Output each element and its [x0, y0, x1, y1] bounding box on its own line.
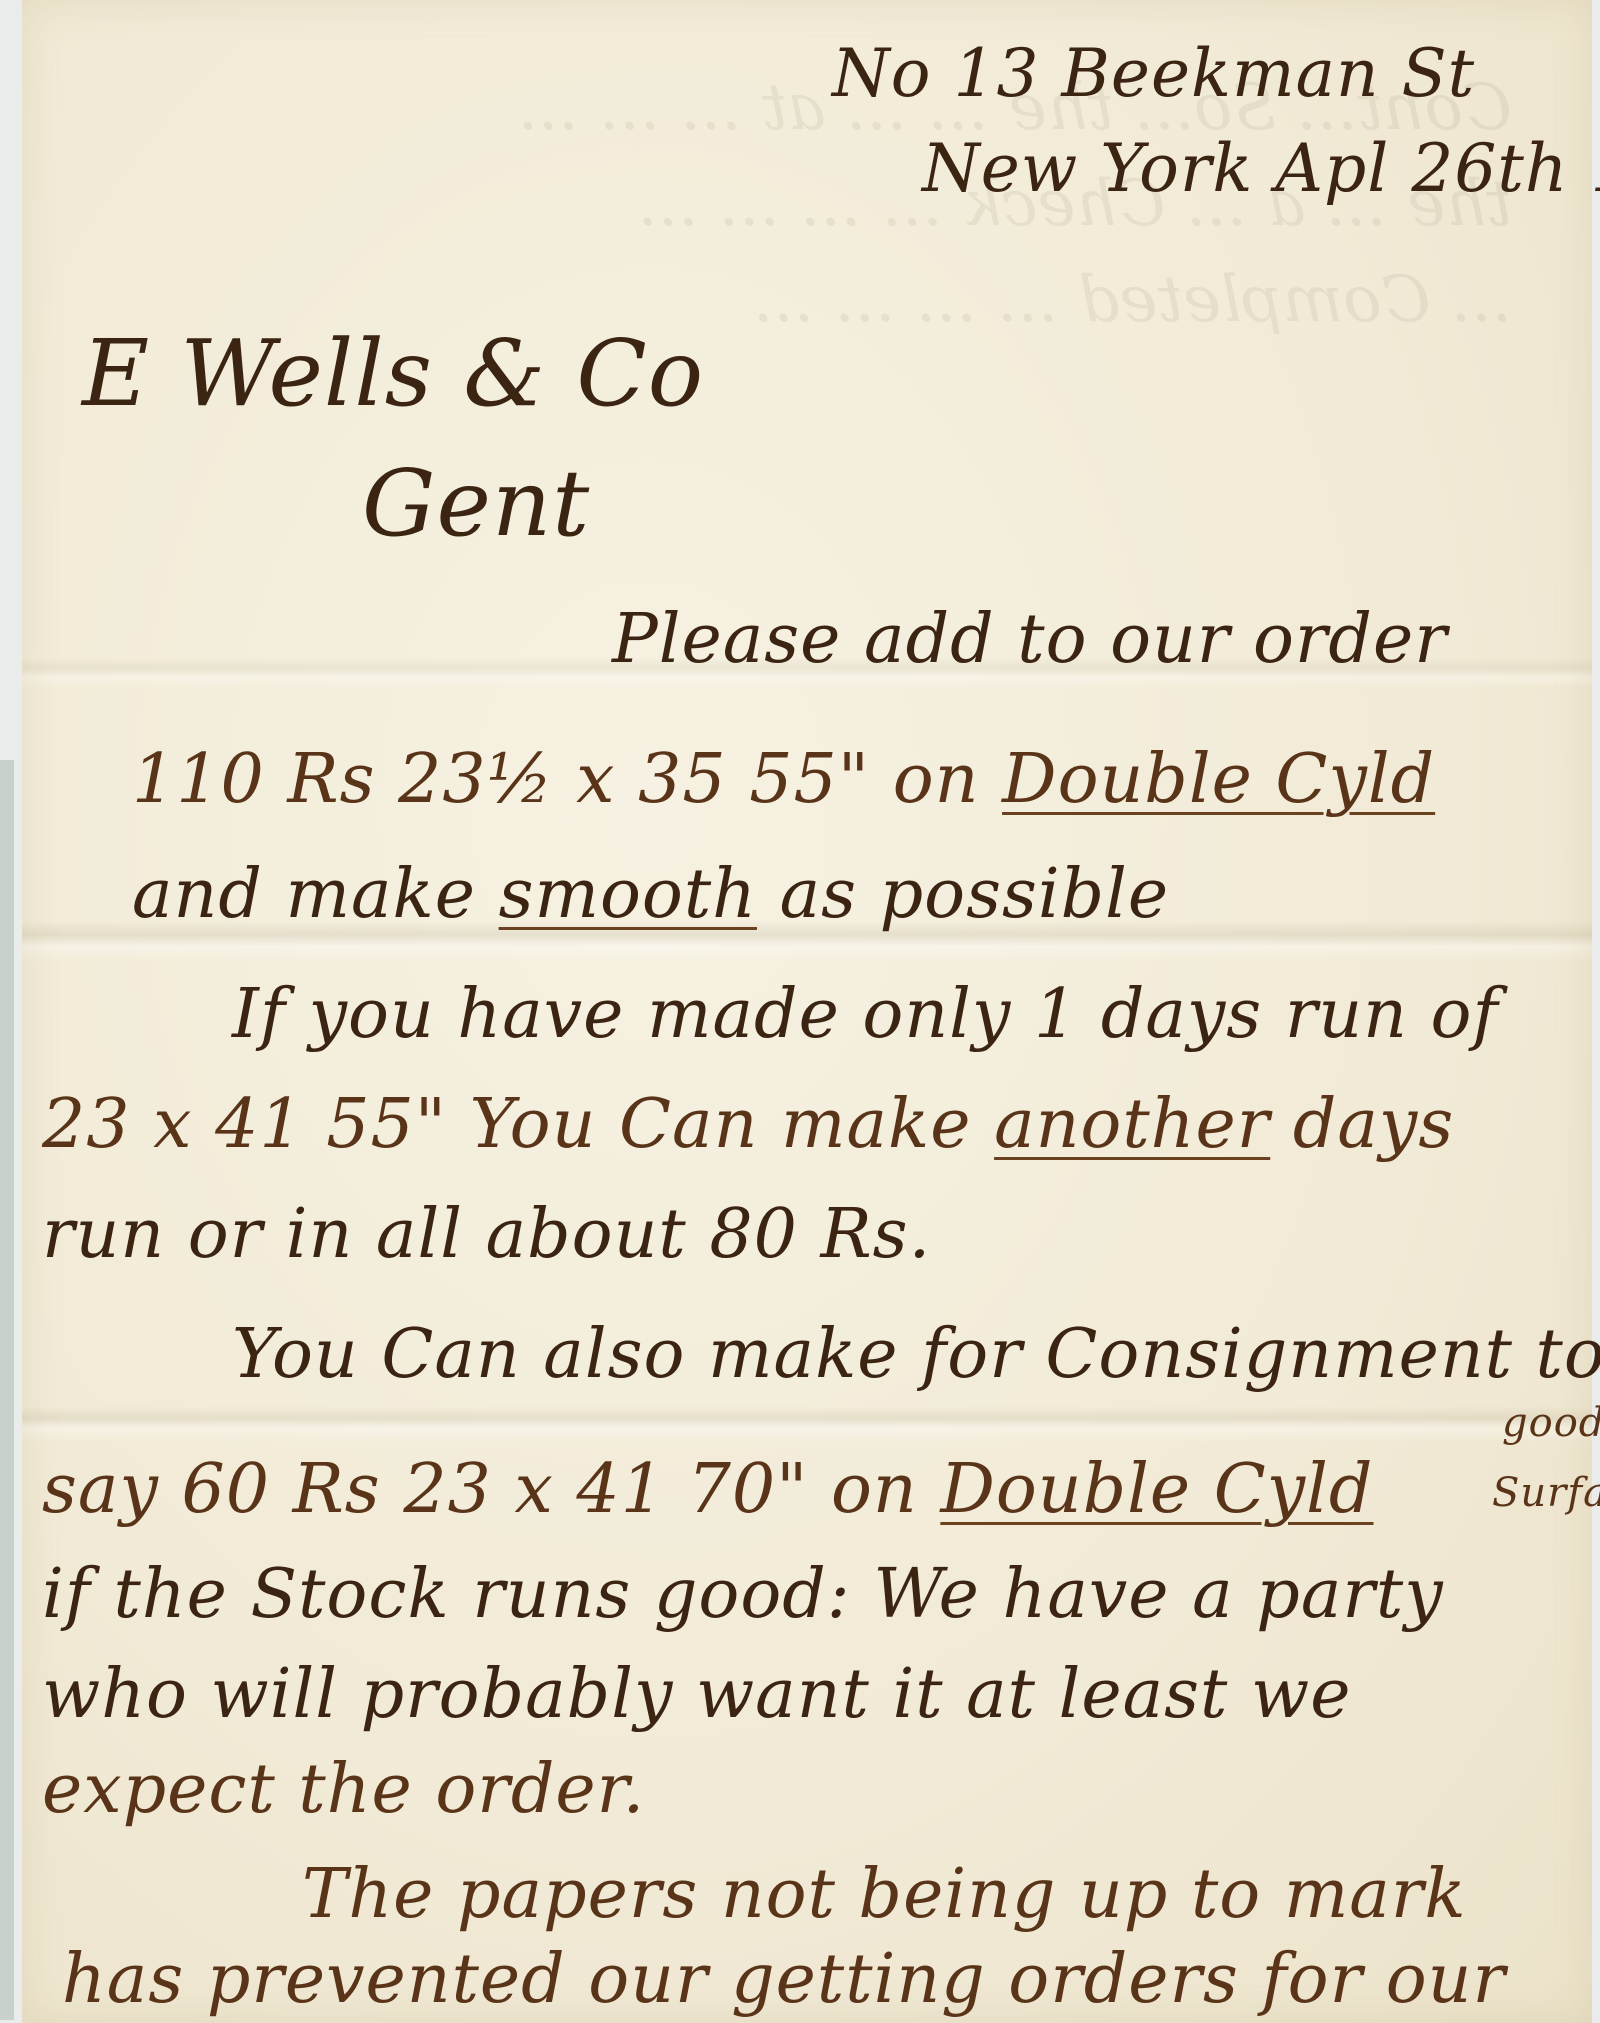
margin-note-surface: Surface — [1492, 1470, 1600, 1516]
letter-page: Cont... So... the ... ... at ... ... ...… — [22, 0, 1592, 2023]
body-line: Please add to our order — [612, 600, 1448, 679]
underlined-word: another — [994, 1085, 1270, 1164]
scanner-edge — [0, 760, 14, 2020]
heading-date: New York Apl 26th 1871 — [922, 130, 1600, 207]
recipient-name: E Wells & Co — [82, 320, 704, 427]
underlined-word: smooth — [499, 855, 757, 934]
body-line: who will probably want it at least we — [42, 1655, 1351, 1734]
body-line: 23 x 41 55" You Can make another days — [42, 1085, 1454, 1164]
body-line: and make smooth as possible — [132, 855, 1169, 934]
heading-address: No 13 Beekman St — [832, 35, 1475, 112]
underlined-word: Double Cyld — [1002, 740, 1435, 819]
body-line: has prevented our getting orders for our — [62, 1940, 1506, 2019]
body-line: 110 Rs 23½ x 35 55" on Double Cyld — [132, 740, 1435, 819]
body-line: say 60 Rs 23 x 41 70" on Double Cyld — [42, 1450, 1373, 1529]
margin-note-good: good — [1502, 1400, 1600, 1446]
body-line: The papers not being up to mark — [302, 1855, 1467, 1934]
underlined-word: Double Cyld — [940, 1450, 1373, 1529]
body-line: if the Stock runs good: We have a party — [42, 1555, 1444, 1634]
body-line: You Can also make for Consignment tons — [232, 1315, 1600, 1394]
body-line: expect the order. — [42, 1750, 645, 1829]
body-line: run or in all about 80 Rs. — [42, 1195, 931, 1274]
greeting: Gent — [362, 450, 590, 557]
body-line: If you have made only 1 days run of — [232, 975, 1499, 1054]
